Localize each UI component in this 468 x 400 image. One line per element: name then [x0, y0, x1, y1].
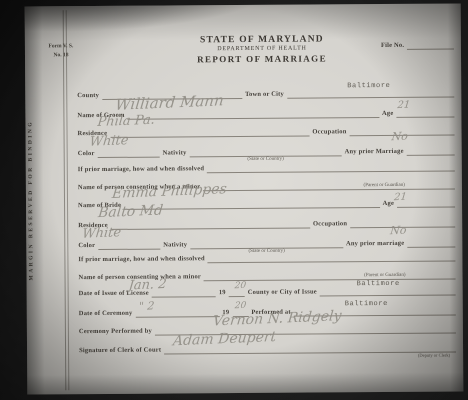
groom-residence-handwritten: Phila Pa.: [97, 113, 156, 130]
town-label: Town or City: [245, 91, 286, 99]
county-label: County: [77, 92, 101, 100]
bride-prior-marriage-line: [407, 234, 455, 248]
ceremony-place-typed-value: Baltimore: [345, 300, 388, 308]
photograph-of-record: MARGIN RESERVED FOR BINDING Form V. S. N…: [0, 0, 468, 400]
license-place-label: County or City of Issue: [248, 288, 319, 296]
clerk-signature-label: Signature of Clerk of Court: [79, 347, 163, 356]
bride-nativity-label: Nativity: [163, 241, 189, 249]
groom-dissolved-row: If prior marriage, how and when dissolve…: [78, 159, 458, 175]
bride-nativity-line: (State or Country): [190, 234, 343, 249]
groom-nativity-line: (State or Country): [190, 142, 342, 157]
state-title: STATE OF MARYLAND: [146, 34, 378, 46]
license-date-handwritten: Jan. 2: [128, 277, 167, 294]
form-number-line1: Form V. S.: [39, 42, 83, 51]
ceremony-year-handwritten: 20: [234, 301, 246, 312]
groom-age-handwritten: 21: [397, 100, 411, 112]
bride-dissolved-label: If prior marriage, how and when dissolve…: [78, 255, 206, 264]
file-number-row: File No.: [381, 42, 457, 51]
license-year-prefix: 19: [219, 289, 228, 297]
bride-consent-hint: (Parent or Guardian): [364, 273, 405, 278]
form-number-line2: No. 18: [39, 51, 83, 60]
bride-occupation-label: Occupation: [313, 220, 349, 228]
groom-consent-line: (Parent or Guardian): [203, 176, 455, 192]
form-title: REPORT OF MARRIAGE: [146, 53, 378, 65]
performed-by-label: Ceremony Performed by: [79, 328, 154, 337]
groom-nativity-label: Nativity: [163, 149, 189, 157]
bride-color-label: Color: [78, 242, 97, 250]
bride-dissolved-row: If prior marriage, how and when dissolve…: [78, 249, 458, 265]
groom-occupation-label: Occupation: [312, 128, 348, 136]
bride-age-handwritten: 21: [393, 192, 407, 204]
form-number-stamp: Form V. S. No. 18: [39, 42, 83, 60]
marriage-report-form: MARGIN RESERVED FOR BINDING Form V. S. N…: [25, 3, 464, 394]
groom-consent-hint: (Parent or Guardian): [364, 183, 405, 188]
form-header: STATE OF MARYLAND DEPARTMENT OF HEALTH R…: [146, 34, 378, 65]
bride-consent-line: (Parent or Guardian): [204, 266, 456, 282]
groom-color-label: Color: [78, 150, 97, 158]
license-place-typed-value: Baltimore: [357, 280, 400, 288]
groom-color-row: Color Nativity (State or Country) Any pr…: [78, 143, 458, 159]
bride-prior-marriage-handwritten: No: [390, 224, 408, 238]
bride-residence-handwritten: Balto Md: [97, 202, 163, 221]
department-subtitle: DEPARTMENT OF HEALTH: [146, 45, 378, 53]
bride-color-handwritten: White: [82, 225, 122, 242]
clerk-signature-hint: (Deputy or Clerk): [418, 353, 450, 358]
groom-prior-marriage-label: Any prior Marriage: [345, 148, 406, 156]
binding-margin-rule: [63, 10, 70, 390]
ceremony-date-handwritten: " 2: [138, 299, 155, 313]
groom-prior-marriage-line: [407, 142, 455, 156]
file-no-blank: [407, 49, 454, 50]
ceremony-date-label: Date of Ceremony: [79, 310, 135, 318]
groom-dissolved-label: If prior marriage, how and when dissolve…: [78, 165, 206, 174]
binding-margin-note: MARGIN RESERVED FOR BINDING: [27, 6, 45, 394]
groom-prior-marriage-handwritten: No: [391, 130, 409, 144]
license-year-handwritten: 20: [234, 281, 246, 292]
groom-color-handwritten: White: [89, 133, 129, 150]
bride-dissolved-line: [208, 248, 456, 264]
groom-age-label: Age: [382, 110, 395, 118]
town-typed-value: Baltimore: [347, 82, 390, 90]
file-no-label: File No.: [381, 42, 406, 50]
groom-dissolved-line: [207, 158, 455, 174]
